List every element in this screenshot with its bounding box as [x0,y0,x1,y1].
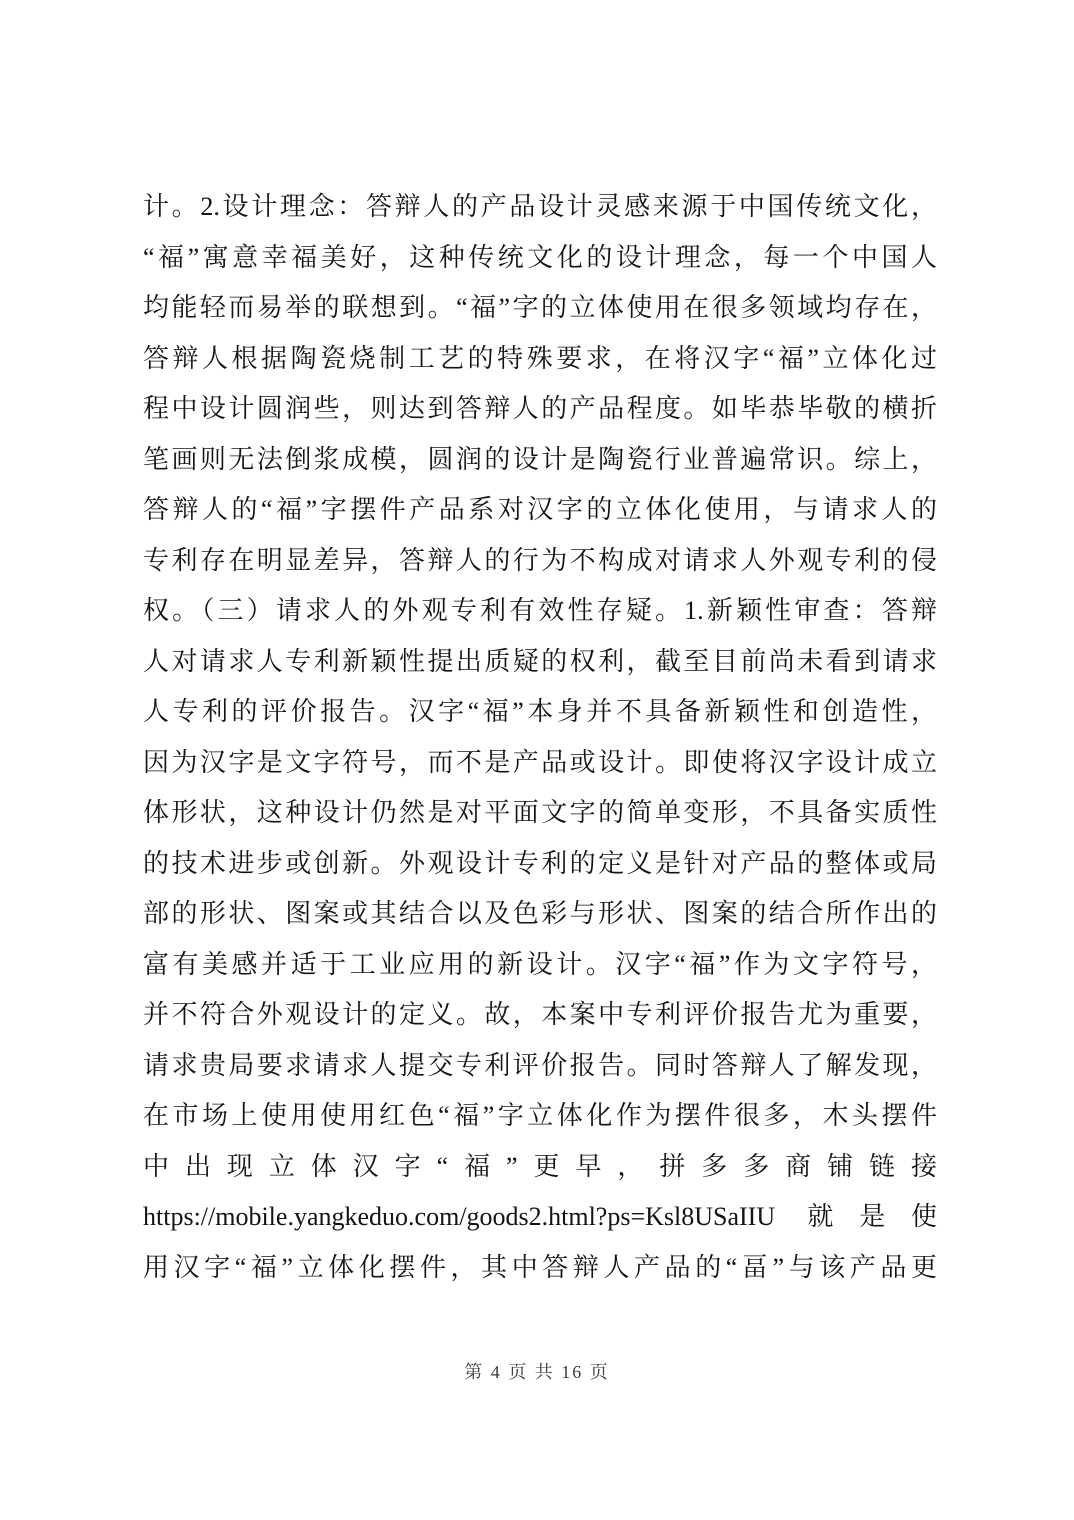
text-line: 请求贵局要求请求人提交专利评价报告。同时答辩人了解发现， [143,1041,937,1092]
text-line: 均能轻而易举的联想到。“福”字的立体使用在很多领域均存在， [143,283,937,334]
text-line: 中出现立体汉字“福”更早，拼多多商铺链接 [143,1142,937,1193]
text-line: 答辩人的“福”字摆件产品系对汉字的立体化使用，与请求人的 [143,485,937,536]
text-line: “福”寓意幸福美好，这种传统文化的设计理念，每一个中国人 [143,233,937,284]
document-page: 计。2.设计理念：答辩人的产品设计灵感来源于中国传统文化， “福”寓意幸福美好，… [0,0,1074,1520]
text-line: 的技术进步或创新。外观设计专利的定义是针对产品的整体或局 [143,839,937,890]
text-line: 人对请求人专利新颖性提出质疑的权利，截至目前尚未看到请求 [143,637,937,688]
text-line: 权。（三）请求人的外观专利有效性存疑。1.新颖性审查：答辩 [143,586,937,637]
text-line: 计。2.设计理念：答辩人的产品设计灵感来源于中国传统文化， [143,182,937,233]
text-line: 富有美感并适于工业应用的新设计。汉字“福”作为文字符号， [143,940,937,991]
page-footer: 第 4 页 共 16 页 [0,1358,1074,1384]
text-line: 并不符合外观设计的定义。故，本案中专利评价报告尤为重要， [143,990,937,1041]
text-line: 因为汉字是文字符号，而不是产品或设计。即使将汉字设计成立 [143,738,937,789]
text-line: 专利存在明显差异，答辩人的行为不构成对请求人外观专利的侵 [143,536,937,587]
text-line-url: https://mobile.yangkeduo.com/goods2.html… [143,1192,937,1243]
document-body: 计。2.设计理念：答辩人的产品设计灵感来源于中国传统文化， “福”寓意幸福美好，… [143,182,937,1293]
text-line: 在市场上使用使用红色“福”字立体化作为摆件很多，木头摆件 [143,1091,937,1142]
text-line: 笔画则无法倒浆成模，圆润的设计是陶瓷行业普遍常识。综上， [143,435,937,486]
text-line: 答辩人根据陶瓷烧制工艺的特殊要求，在将汉字“福”立体化过 [143,334,937,385]
text-line: 部的形状、图案或其结合以及色彩与形状、图案的结合所作出的 [143,889,937,940]
text-line: 体形状，这种设计仍然是对平面文字的简单变形，不具备实质性 [143,788,937,839]
text-line: 程中设计圆润些，则达到答辩人的产品程度。如毕恭毕敬的横折 [143,384,937,435]
text-line: 用汉字“福”立体化摆件，其中答辩人产品的“畐”与该产品更 [143,1243,937,1294]
page-number: 第 4 页 共 16 页 [464,1362,610,1382]
text-line: 人专利的评价报告。汉字“福”本身并不具备新颖性和创造性， [143,687,937,738]
